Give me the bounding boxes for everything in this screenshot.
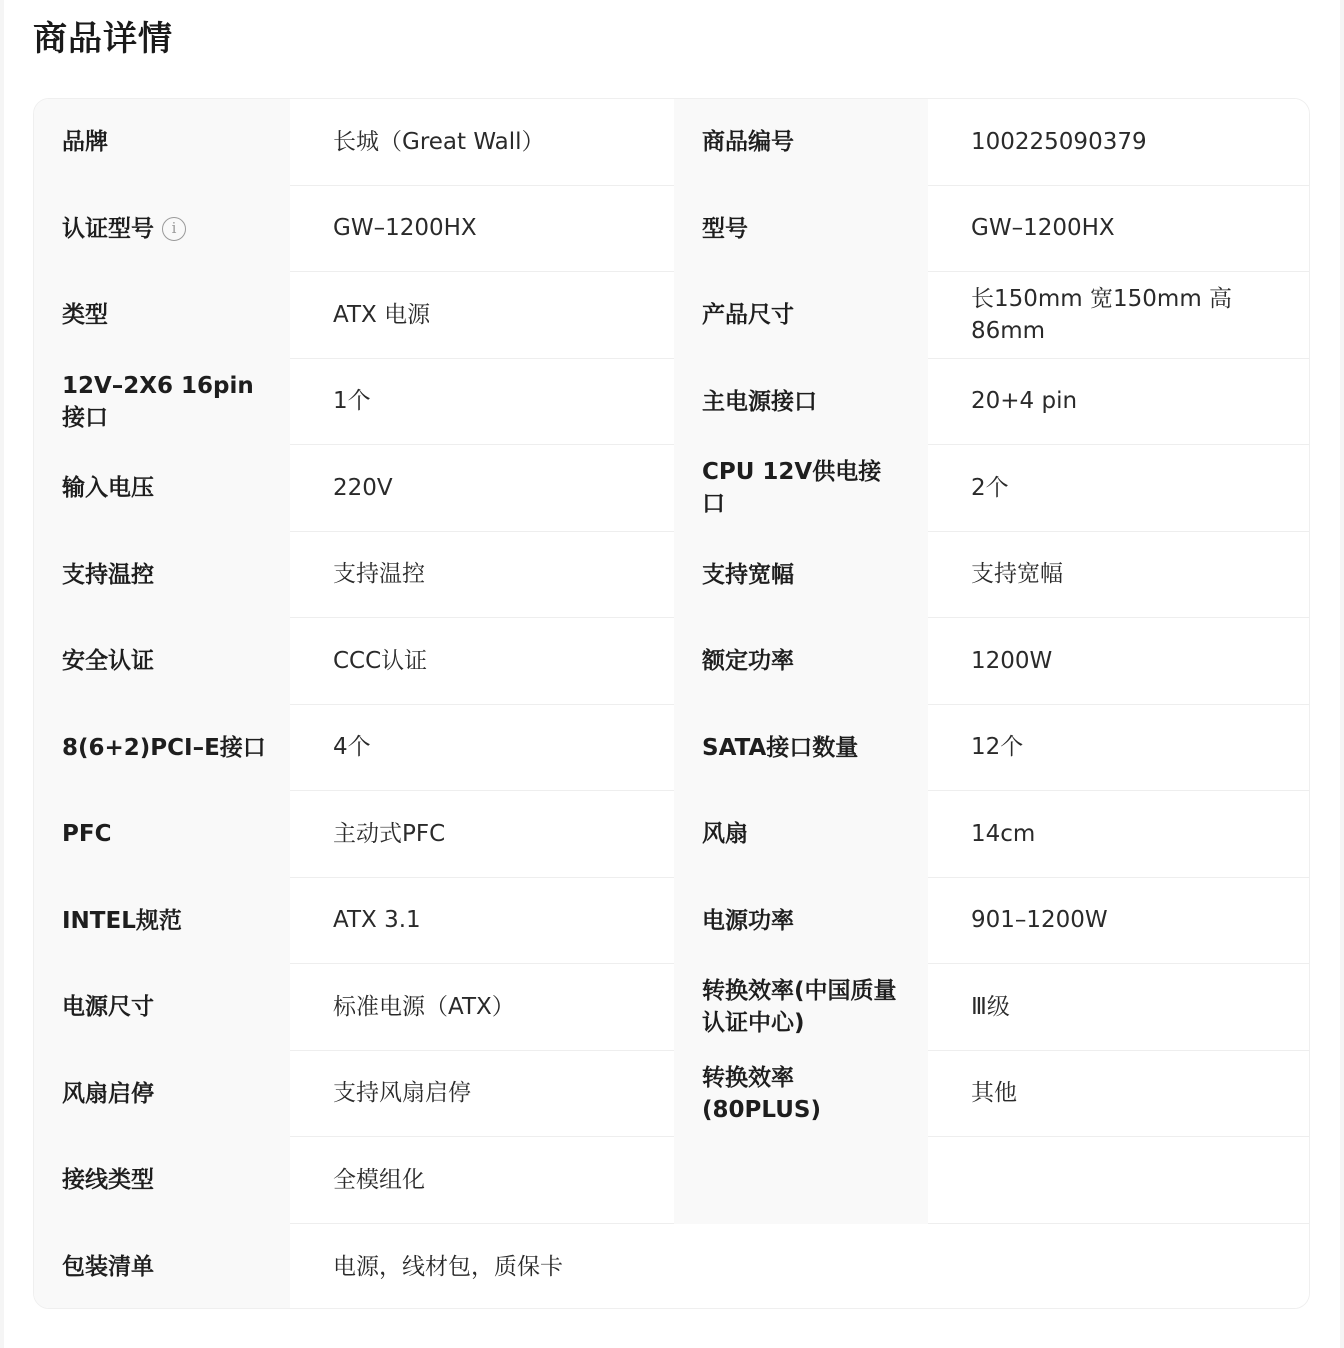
spec-label: 转换效率(80PLUS): [674, 1051, 928, 1138]
info-icon[interactable]: i: [162, 217, 186, 241]
spec-label: 型号: [674, 186, 928, 273]
spec-value: GW–1200HX: [928, 186, 1310, 273]
table-row: 品牌 长城（Great Wall） 商品编号 100225090379: [34, 99, 1309, 186]
product-details-page: 商品详情 品牌 长城（Great Wall） 商品编号 100225090379…: [4, 0, 1340, 1348]
spec-label: 转换效率(中国质量认证中心): [674, 964, 928, 1051]
spec-table: 品牌 长城（Great Wall） 商品编号 100225090379 认证型号…: [33, 98, 1310, 1309]
spec-label: 类型: [34, 272, 290, 359]
spec-value: 14cm: [928, 791, 1310, 878]
table-row: 安全认证 CCC认证 额定功率 1200W: [34, 618, 1309, 705]
spec-label: PFC: [34, 791, 290, 878]
spec-label: 产品尺寸: [674, 272, 928, 359]
table-row: 包装清单 电源，线材包，质保卡: [34, 1224, 1309, 1310]
spec-label: 额定功率: [674, 618, 928, 705]
spec-label: 输入电压: [34, 445, 290, 532]
spec-label-empty: [674, 1137, 928, 1224]
spec-value: 1个: [290, 359, 674, 446]
spec-label-text: 认证型号: [62, 213, 154, 245]
spec-label: 主电源接口: [674, 359, 928, 446]
spec-label: SATA接口数量: [674, 705, 928, 792]
spec-value: 长城（Great Wall）: [290, 99, 674, 186]
table-row: 12V–2X6 16pin接口 1个 主电源接口 20+4 pin: [34, 359, 1309, 446]
spec-label: 认证型号 i: [34, 186, 290, 273]
spec-value: GW–1200HX: [290, 186, 674, 273]
spec-label: 商品编号: [674, 99, 928, 186]
spec-label: 风扇: [674, 791, 928, 878]
spec-value: 长150mm 宽150mm 高86mm: [928, 272, 1310, 359]
spec-label: 8(6+2)PCI–E接口: [34, 705, 290, 792]
spec-value: 其他: [928, 1051, 1310, 1138]
spec-value: 100225090379: [928, 99, 1310, 186]
spec-value: 1200W: [928, 618, 1310, 705]
spec-value: 主动式PFC: [290, 791, 674, 878]
page-title: 商品详情: [33, 14, 173, 64]
spec-label: 电源尺寸: [34, 964, 290, 1051]
spec-value: ATX 3.1: [290, 878, 674, 965]
spec-label: INTEL规范: [34, 878, 290, 965]
table-row: 8(6+2)PCI–E接口 4个 SATA接口数量 12个: [34, 705, 1309, 792]
spec-value: 220V: [290, 445, 674, 532]
spec-value-empty: [928, 1137, 1310, 1224]
spec-label: 接线类型: [34, 1137, 290, 1224]
spec-value: 支持宽幅: [928, 532, 1310, 619]
table-row: INTEL规范 ATX 3.1 电源功率 901–1200W: [34, 878, 1309, 965]
spec-value: 支持温控: [290, 532, 674, 619]
spec-value: 4个: [290, 705, 674, 792]
spec-label: 风扇启停: [34, 1051, 290, 1138]
spec-value: 电源，线材包，质保卡: [290, 1224, 1310, 1310]
spec-value: 标准电源（ATX）: [290, 964, 674, 1051]
table-row: 输入电压 220V CPU 12V供电接口 2个: [34, 445, 1309, 532]
spec-label: 12V–2X6 16pin接口: [34, 359, 290, 446]
spec-value: 20+4 pin: [928, 359, 1310, 446]
table-row: 支持温控 支持温控 支持宽幅 支持宽幅: [34, 532, 1309, 619]
spec-value: 2个: [928, 445, 1310, 532]
spec-value: 支持风扇启停: [290, 1051, 674, 1138]
spec-label: 品牌: [34, 99, 290, 186]
table-row: 接线类型 全模组化: [34, 1137, 1309, 1224]
spec-label: 包装清单: [34, 1224, 290, 1310]
table-row: PFC 主动式PFC 风扇 14cm: [34, 791, 1309, 878]
spec-label: 电源功率: [674, 878, 928, 965]
spec-value: 12个: [928, 705, 1310, 792]
spec-value: 901–1200W: [928, 878, 1310, 965]
spec-label: CPU 12V供电接口: [674, 445, 928, 532]
table-row: 风扇启停 支持风扇启停 转换效率(80PLUS) 其他: [34, 1051, 1309, 1138]
spec-value: 全模组化: [290, 1137, 674, 1224]
table-row: 类型 ATX 电源 产品尺寸 长150mm 宽150mm 高86mm: [34, 272, 1309, 359]
spec-label: 安全认证: [34, 618, 290, 705]
spec-label: 支持温控: [34, 532, 290, 619]
spec-value: CCC认证: [290, 618, 674, 705]
table-row: 电源尺寸 标准电源（ATX） 转换效率(中国质量认证中心) Ⅲ级: [34, 964, 1309, 1051]
spec-label: 支持宽幅: [674, 532, 928, 619]
spec-value: Ⅲ级: [928, 964, 1310, 1051]
spec-value: ATX 电源: [290, 272, 674, 359]
table-row: 认证型号 i GW–1200HX 型号 GW–1200HX: [34, 186, 1309, 273]
